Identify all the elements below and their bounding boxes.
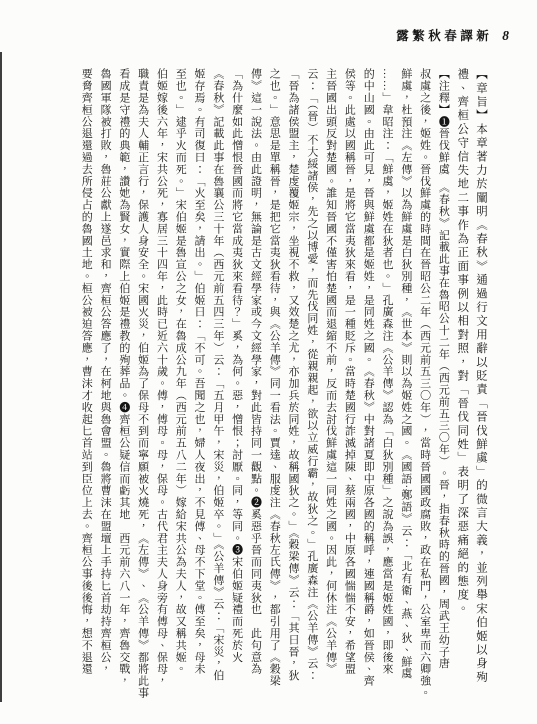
- running-head: 露繁秋春譯新 8: [396, 26, 509, 44]
- text-column: 《春秋》記載此事在魯襄公三十年（西元前五四三年）云：「五月甲午，宋災，伯姬卒。」…: [208, 68, 227, 692]
- text-column: 云：「（晉）不大綏諸侯，先之以博愛，而先伐同姓，從親親起，欲以立威行霸，故狄之。…: [302, 68, 321, 692]
- text-column: 叔虞之後，姬姓。晉伐鮮虞的時間在晉昭公二年（西元前五三〇年），當時晉國國政腐敗，…: [415, 68, 434, 692]
- section-chapter-gist: 【章旨】本章著力於闡明《春秋》通過行文用辭以貶責「晉伐鮮虞」的微言大義，並列舉宋…: [452, 68, 490, 692]
- text-column: 職責是為夫人輔正言行，保護人身安全。宋國火災，伯姬為了保母不到而寧願被火燒死，《…: [133, 68, 152, 692]
- section-annotations: 【注釋】❶晉伐鮮虞 《春秋》記載此事在魯昭公十二年（西元前五三〇年）。晉，指春秋…: [76, 68, 452, 692]
- text-column: 禮、齊桓公守信失地二事作為正面事例以相對照，對「晉伐同姓」表明了深惡痛絕的態度。: [452, 68, 471, 692]
- text-column: ……」韋昭注：「鮮虞，姬姓在狄者也。」孔廣森注《公羊傳》認為「白狄別種」之說為誤…: [377, 68, 396, 692]
- text-column: 魯國軍隊被打敗，魯莊公獻上遂邑求和，齊桓公答應了，在柯地與魯會盟。魯將曹沫在盟壇…: [95, 68, 114, 692]
- text-column: 要脅齊桓公退還過去所侵占的魯國土地。桓公被迫答應，曹沫才收起匕首站到臣位上去。齊…: [76, 68, 95, 692]
- main-text: 【章旨】本章著力於闡明《春秋》通過行文用辭以貶責「晉伐鮮虞」的微言大義，並列舉宋…: [76, 68, 490, 692]
- text-column: 侯等。此處以國稱晉，是將它當夷狄來看，是一種貶斥。當時楚國行詐滅掉陳、蔡兩國，中…: [340, 68, 359, 692]
- scan-edge-artifact: [0, 52, 2, 702]
- text-column: 鮮虞，杜預注《左傳》以為鮮虞是白狄別種，《世本》則以為姬姓之國。《國語·鄭語》云…: [396, 68, 415, 692]
- text-column: 的中山國。由此可見，晉與鮮虞都是姬姓，是同姓之國。《春秋》中對諸夏即中原各國的稱…: [358, 68, 377, 692]
- text-column: 【注釋】❶晉伐鮮虞 《春秋》記載此事在魯昭公十二年（西元前五三〇年）。晉，指春秋…: [434, 68, 453, 692]
- text-column: 主晉國出頭反對楚國。誰知晉國不僅害怕楚國而退縮不前，反而去討伐鮮虞這一同姓之國。…: [321, 68, 340, 692]
- text-column: 傳》這一說法。由此證明，無論是古文經學家或今文經學家，對此皆持同一觀點。❷奚惡乎…: [246, 68, 265, 692]
- text-column: 「晉為諸侯盟主，楚虔覆姬宗，坐視不救，又效楚之尤，亦加兵於同姓，故稱國狄之。」《…: [283, 68, 302, 692]
- book-page: 露繁秋春譯新 8 【章旨】本章著力於闡明《春秋》通過行文用辭以貶責「晉伐鮮虞」的…: [0, 0, 537, 724]
- text-column: 之也。」意思是單稱晉，是把它當夷狄看待，與《公羊傳》同一看法。賈逵、服虔注《春秋…: [264, 68, 283, 692]
- text-column: 【章旨】本章著力於闡明《春秋》通過行文用辭以貶責「晉伐鮮虞」的微言大義，並列舉宋…: [471, 68, 490, 692]
- page-number: 8: [502, 28, 509, 44]
- text-column: 看成是守禮的典範，讚她為賢女，實際上伯姬是禮教的殉葬品。❹齊桓公疑信而虧其地 西…: [114, 68, 133, 692]
- book-title: 露繁秋春譯新: [396, 26, 492, 44]
- text-column: 伯姬嫁後六年，宋共公死，寡居三十四年，此時已近六十歲。傅，傅母。母，保母。古代君…: [152, 68, 171, 692]
- text-column: 至也。」逮乎火而死。」宋伯姬是魯宣公之女，在魯成公九年（西元前五八二年）嫁給宋共…: [170, 68, 189, 692]
- text-column: 「為什麼如此憎恨晉國而將它當成夷狄來看待？」奚，為何。惡，憎恨；討厭。同，等同。…: [227, 68, 246, 692]
- text-column: 姬存焉。有司復曰：「火至矣，請出。」伯姬曰：「不可。吾聞之也，婦人夜出，不見傅、…: [189, 68, 208, 692]
